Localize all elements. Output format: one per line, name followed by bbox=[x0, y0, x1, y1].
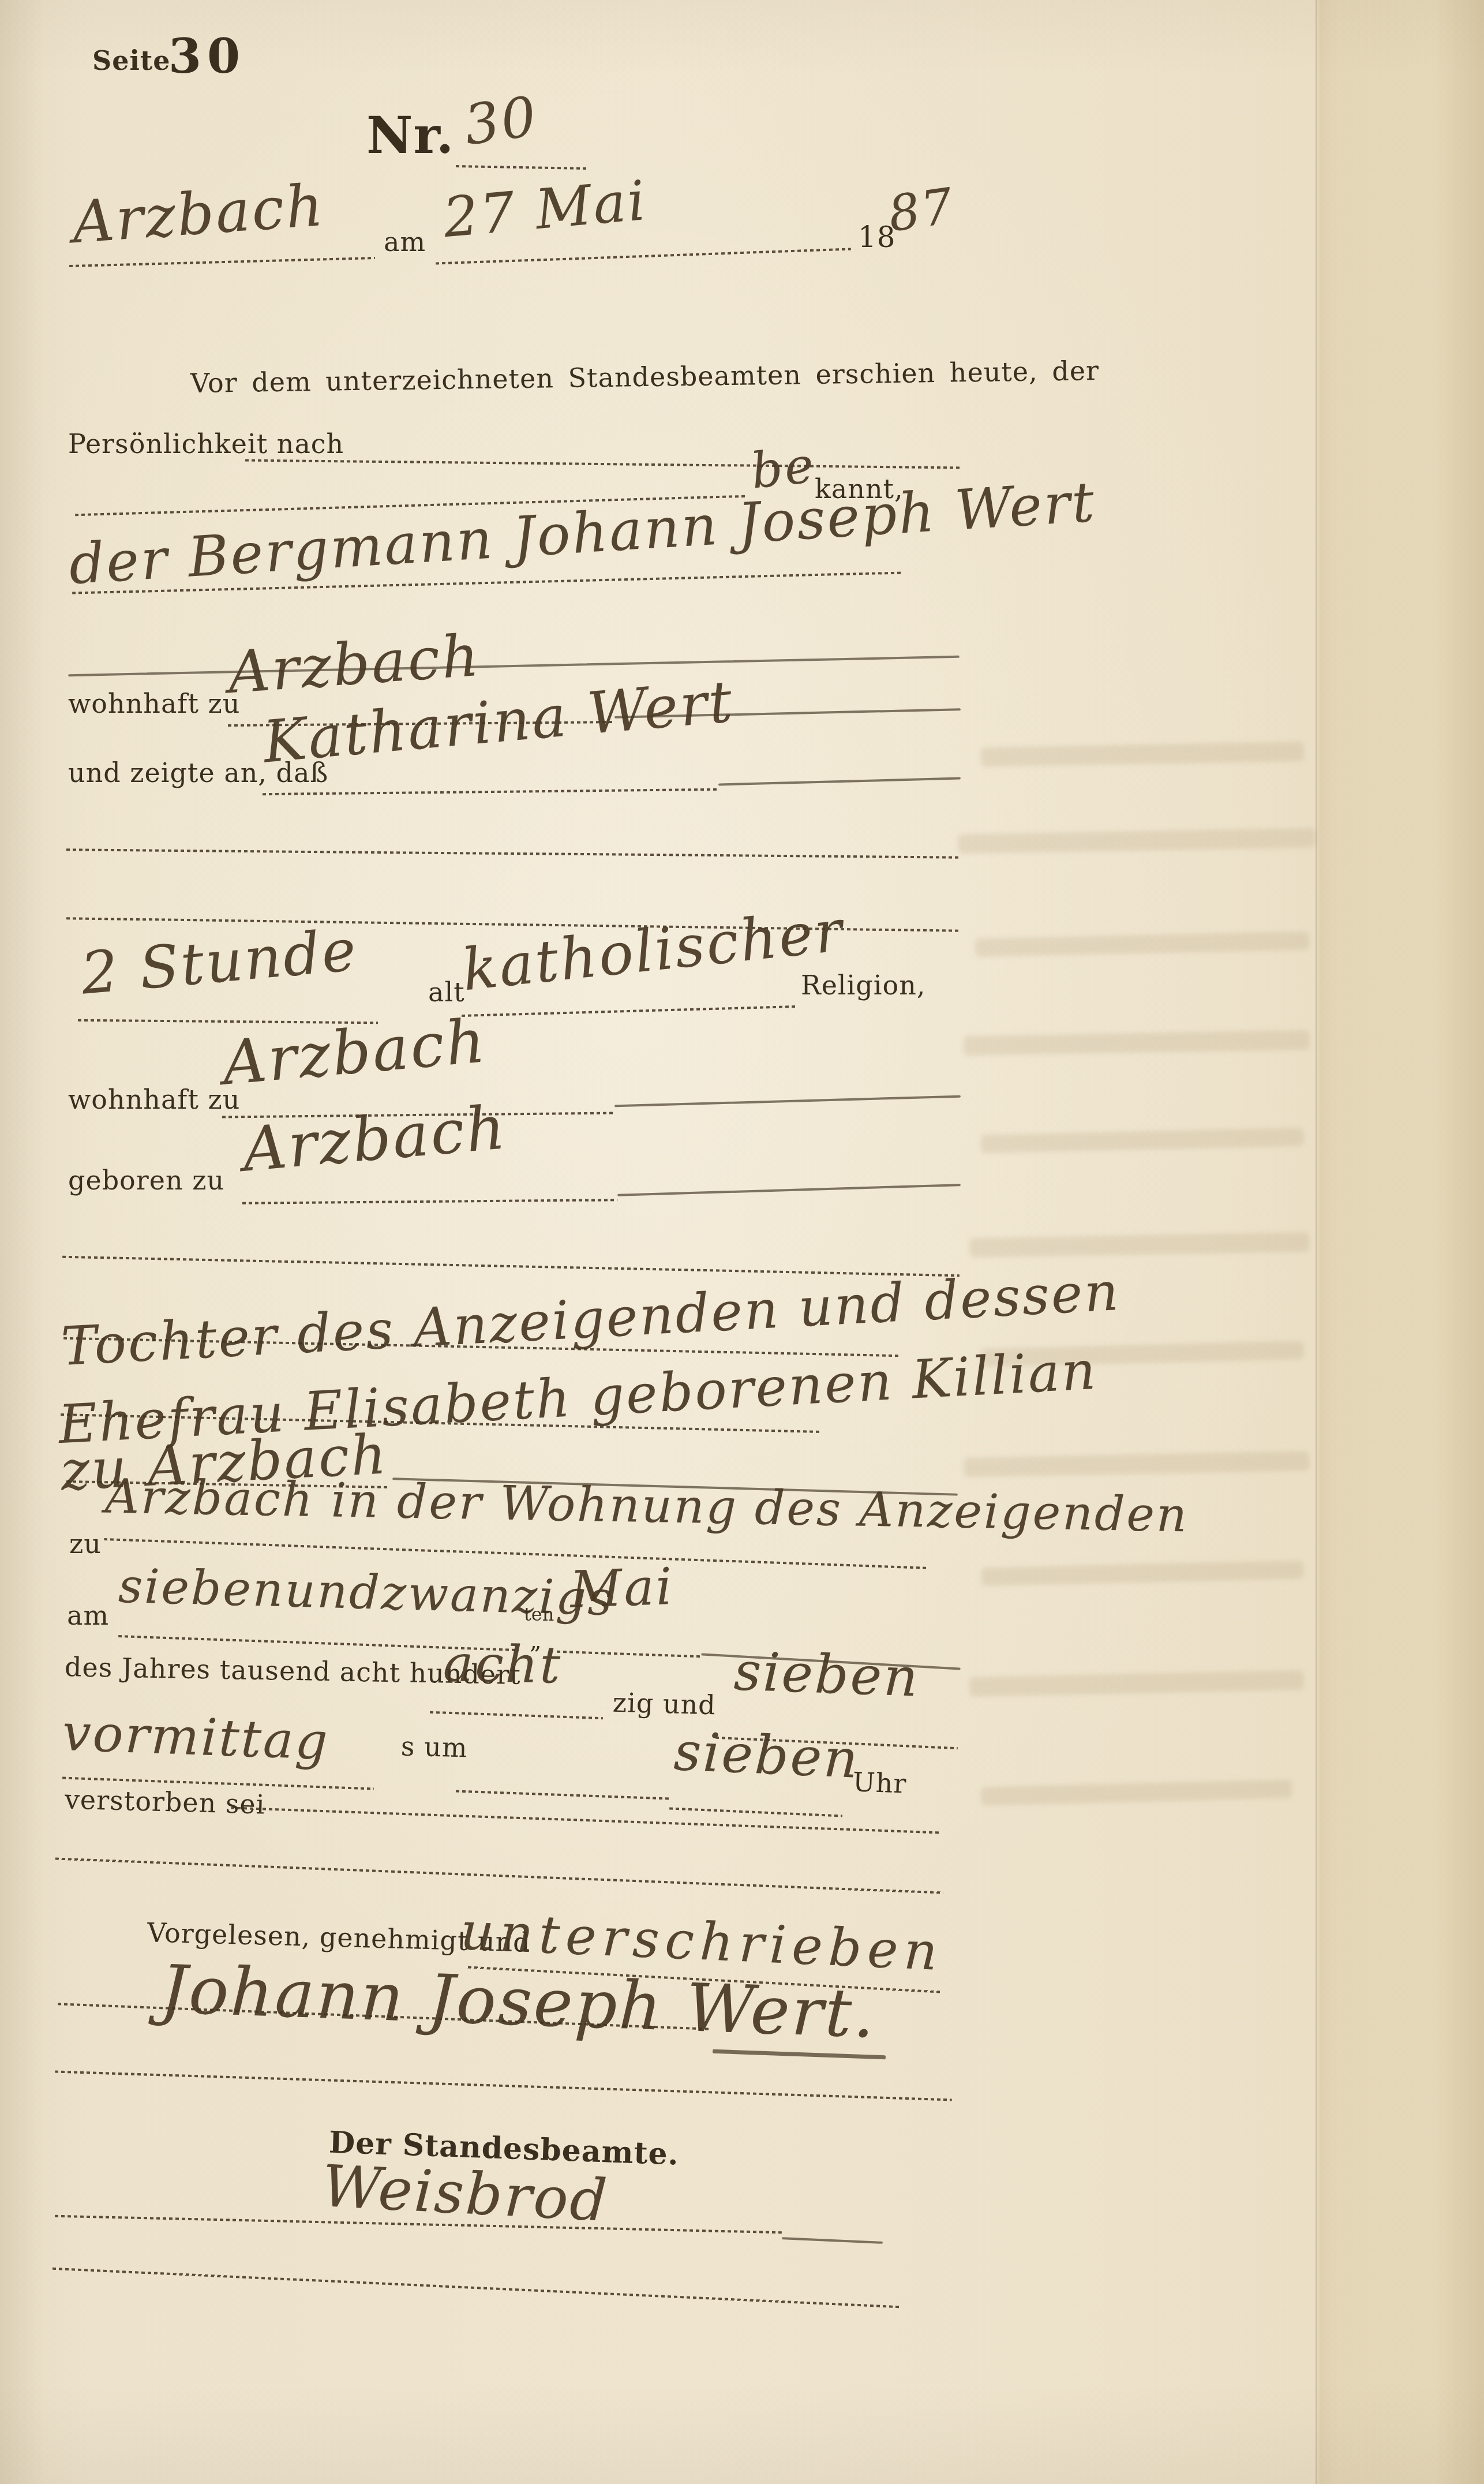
blank-rule bbox=[55, 1857, 943, 1894]
hour-handwritten: sieben bbox=[673, 1720, 861, 1790]
record-number-handwritten: 30 bbox=[460, 85, 542, 158]
page-edge-band bbox=[1316, 0, 1484, 2484]
religion-rule bbox=[462, 1005, 796, 1017]
hour-rule bbox=[456, 1790, 669, 1800]
religion-label: Religion, bbox=[801, 970, 925, 1001]
declarant-handwritten: der Bergmann Johann Joseph Wert bbox=[67, 470, 1097, 597]
death-place-handwritten: Arzbach in der Wohnung des Anzeigenden bbox=[104, 1469, 1189, 1543]
am2-label: am bbox=[67, 1600, 109, 1631]
ink-bleed-through bbox=[964, 1030, 1310, 1056]
deceased-rule bbox=[263, 788, 718, 795]
ink-bleed-through bbox=[964, 1451, 1310, 1477]
decade-handwritten: acht bbox=[443, 1633, 563, 1695]
verstorben-rule bbox=[231, 1807, 940, 1834]
wohnhaft-label: wohnhaft zu bbox=[68, 688, 240, 719]
ink-bleed-through bbox=[958, 828, 1316, 854]
scanned-death-register-page: Seite 30 Nr. 30 Arzbach am 27 Mai 18 87 … bbox=[0, 0, 1484, 2484]
wohnhaft2-value-handwritten: Arzbach bbox=[220, 1005, 489, 1099]
blank-rule bbox=[53, 2268, 900, 2309]
ink-bleed-through bbox=[975, 932, 1310, 957]
age-handwritten: 2 Stunde bbox=[78, 916, 360, 1007]
seite-number: 30 bbox=[168, 29, 246, 84]
zu-label: zu bbox=[69, 1528, 102, 1559]
geboren-value-handwritten: Arzbach bbox=[240, 1092, 509, 1185]
dateline-place-handwritten: Arzbach bbox=[70, 171, 327, 256]
s-um-label: s um bbox=[400, 1730, 468, 1763]
ten-suffix-label: ten bbox=[524, 1603, 554, 1625]
ink-bleed-through bbox=[981, 1561, 1305, 1587]
geboren-label: geboren zu bbox=[68, 1165, 224, 1196]
daytime-handwritten: vormittag bbox=[61, 1703, 330, 1771]
ink-bleed-through bbox=[969, 1232, 1310, 1258]
wohnhaft2-label: wohnhaft zu bbox=[68, 1084, 240, 1115]
uhr-label: Uhr bbox=[852, 1766, 907, 1799]
wohnhaft2-rule bbox=[614, 1095, 961, 1108]
blank-rule bbox=[66, 848, 961, 859]
alt-label: alt bbox=[428, 977, 465, 1008]
record-number-label: Nr. bbox=[366, 105, 454, 165]
death-month-rule bbox=[557, 1651, 701, 1658]
year-handwritten: 87 bbox=[885, 178, 958, 244]
dateline-rule bbox=[436, 248, 851, 264]
unit-handwritten: sieben bbox=[733, 1640, 920, 1708]
religion-handwritten: katholischer bbox=[459, 897, 847, 1004]
blank-rule bbox=[68, 656, 960, 676]
death-month-handwritten: Mai bbox=[569, 1557, 674, 1619]
zig-label: zig und bbox=[612, 1687, 716, 1721]
deceased-rule bbox=[718, 777, 961, 786]
intro-line: Vor dem unterzeichneten Standesbeamten e… bbox=[190, 355, 1100, 399]
ink-bleed-through bbox=[981, 1779, 1293, 1805]
hour-rule bbox=[669, 1807, 842, 1817]
ink-bleed-through bbox=[969, 1670, 1305, 1697]
date-handwritten: 27 Mai bbox=[441, 169, 650, 250]
underline bbox=[456, 165, 589, 170]
blank-rule bbox=[62, 1256, 960, 1277]
dateline-rule bbox=[69, 257, 375, 267]
seite-label: Seite bbox=[92, 45, 170, 76]
geboren-rule bbox=[242, 1199, 617, 1204]
geboren-rule bbox=[617, 1184, 961, 1196]
ink-bleed-through bbox=[981, 1128, 1305, 1154]
persoenlichkeit-label: Persönlichkeit nach bbox=[68, 428, 344, 459]
blank-rule bbox=[55, 2071, 951, 2101]
blank-rule bbox=[245, 459, 961, 469]
decade-rule bbox=[430, 1711, 603, 1719]
verstorben-label: verstorben sei bbox=[64, 1783, 265, 1820]
ink-bleed-through bbox=[981, 742, 1305, 767]
registrar-rule bbox=[782, 2237, 883, 2244]
am-label: am bbox=[384, 226, 426, 257]
